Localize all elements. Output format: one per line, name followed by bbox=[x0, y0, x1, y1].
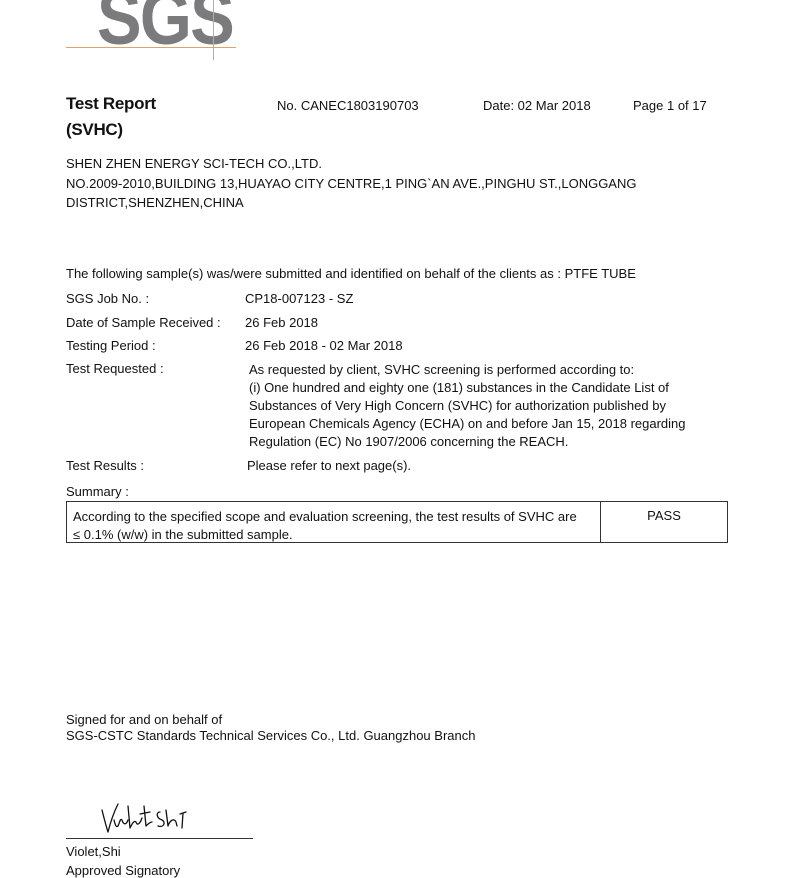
field-value-date-received: 26 Feb 2018 bbox=[245, 313, 318, 332]
client-address-line1: NO.2009-2010,BUILDING 13,HUAYAO CITY CEN… bbox=[66, 174, 636, 193]
report-number: No. CANEC1803190703 bbox=[277, 98, 419, 113]
signature-line bbox=[66, 838, 253, 839]
handwritten-signature-icon bbox=[100, 800, 190, 841]
signatory-name: Violet,Shi bbox=[66, 842, 121, 861]
summary-text-cell: According to the specified scope and eva… bbox=[67, 502, 601, 542]
report-subtitle: (SVHC) bbox=[66, 120, 123, 140]
test-requested-line: Regulation (EC) No 1907/2006 concerning … bbox=[249, 433, 686, 451]
field-value-test-requested: As requested by client, SVHC screening i… bbox=[249, 361, 686, 451]
logo-vertical-rule bbox=[213, 0, 214, 60]
summary-result-badge: PASS bbox=[601, 502, 727, 542]
client-name: SHEN ZHEN ENERGY SCI-TECH CO.,LTD. bbox=[66, 154, 322, 173]
signing-company: SGS-CSTC Standards Technical Services Co… bbox=[66, 728, 475, 744]
client-address-line2: DISTRICT,SHENZHEN,CHINA bbox=[66, 193, 244, 212]
test-requested-line: As requested by client, SVHC screening i… bbox=[249, 361, 686, 379]
test-requested-line: (i) One hundred and eighty one (181) sub… bbox=[249, 379, 686, 397]
field-value-job-no: CP18-007123 - SZ bbox=[245, 289, 353, 308]
field-value-test-results: Please refer to next page(s). bbox=[247, 456, 411, 475]
report-date: Date: 02 Mar 2018 bbox=[483, 98, 591, 113]
field-label-test-requested: Test Requested : bbox=[66, 359, 164, 378]
logo-horizontal-rule bbox=[66, 47, 236, 48]
signatory-title: Approved Signatory bbox=[66, 861, 180, 878]
sample-intro: The following sample(s) was/were submitt… bbox=[66, 264, 636, 283]
page-indicator: Page 1 of 17 bbox=[633, 98, 707, 113]
field-label-testing-period: Testing Period : bbox=[66, 336, 156, 355]
test-requested-line: Substances of Very High Concern (SVHC) f… bbox=[249, 397, 686, 415]
summary-table: According to the specified scope and eva… bbox=[66, 501, 728, 543]
summary-text-line1: According to the specified scope and eva… bbox=[73, 508, 600, 526]
field-label-test-results: Test Results : bbox=[66, 456, 144, 475]
field-label-job-no: SGS Job No. : bbox=[66, 289, 149, 308]
signed-on-behalf: Signed for and on behalf of bbox=[66, 712, 222, 728]
field-value-testing-period: 26 Feb 2018 - 02 Mar 2018 bbox=[245, 336, 403, 355]
test-requested-line: European Chemicals Agency (ECHA) on and … bbox=[249, 415, 686, 433]
summary-text-line2: ≤ 0.1% (w/w) in the submitted sample. bbox=[73, 526, 600, 544]
report-title: Test Report bbox=[66, 94, 156, 114]
summary-label: Summary : bbox=[66, 482, 129, 501]
field-label-date-received: Date of Sample Received : bbox=[66, 313, 221, 332]
